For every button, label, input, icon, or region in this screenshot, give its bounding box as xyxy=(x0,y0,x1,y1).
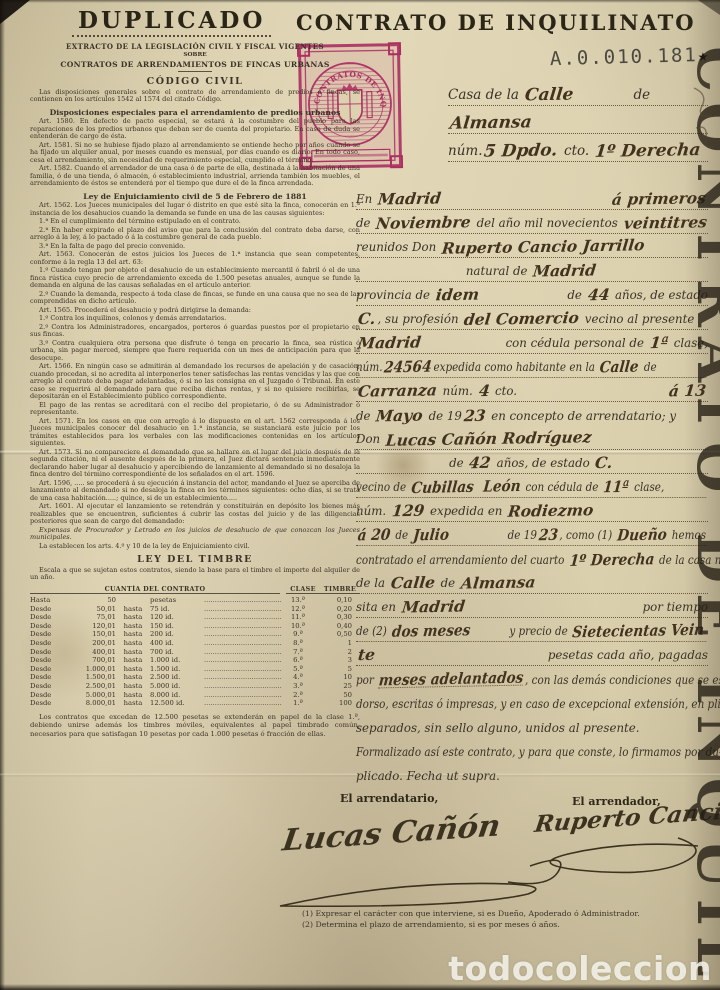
legal-paragraph: 1.º Contra los inquilinos, colonos y dem… xyxy=(30,315,360,323)
column-header-cuantia: CUANTÍA DEL CONTRATO xyxy=(30,585,280,595)
scanned-rental-contract: DUPLICADO CONTRATO DE INQUILINATO A.0.01… xyxy=(0,0,720,990)
printed-text: de xyxy=(392,529,411,542)
table-cell: 50,01 xyxy=(62,605,116,614)
table-cell: 75,01 xyxy=(62,613,116,622)
table-cell: pesetas xyxy=(150,596,204,605)
table-cell-clase: 2.ª xyxy=(282,691,314,700)
table-body: Hasta50pesetas13.ª0,10Desde50,01hasta75 … xyxy=(30,596,360,708)
printed-text: pesetas cada año, pagadas xyxy=(548,649,708,662)
table-cell: hasta xyxy=(116,656,150,665)
table-cell: 5.000 id. xyxy=(150,682,204,691)
table-cell: 120,01 xyxy=(62,622,116,631)
handwritten-text: Julio xyxy=(413,528,450,543)
table-cell: Hasta xyxy=(30,596,62,605)
handwritten-text: á 20 xyxy=(357,528,391,543)
form-line: provincia de idemde 44 años, de estado xyxy=(356,282,708,306)
table-cell-clase: 8.ª xyxy=(282,639,314,648)
dot-leader xyxy=(204,656,282,665)
form-line: núm. 129 expedida en Rodiezmo xyxy=(356,498,708,522)
legal-paragraph: 2.º Contra los Administradores, encargad… xyxy=(30,324,360,339)
handwritten-text: Madrid xyxy=(377,191,442,206)
table-cell: 200,01 xyxy=(62,639,116,648)
handwritten-text: te xyxy=(357,648,376,662)
printed-text: , su profesión xyxy=(377,313,462,326)
table-cell: 700 id. xyxy=(150,648,204,657)
table-cell-timbre: 100 xyxy=(314,699,360,708)
scan-corner-top-right xyxy=(698,0,720,15)
dot-leader xyxy=(204,596,282,605)
duplicado-label: DUPLICADO xyxy=(72,7,271,37)
printed-text: de xyxy=(437,577,459,590)
form-line: á 20 de Juliode 1923, como (1) Dueño hem… xyxy=(356,522,706,546)
printed-text: años, de estado xyxy=(493,457,594,470)
table-row: Desde75,01hasta120 id.11.ª0,30 xyxy=(30,613,360,622)
printed-text: y precio de xyxy=(509,625,571,638)
masthead-line: CONTRATOS DE ARRENDAMIENTOS DE FINCAS UR… xyxy=(30,60,360,69)
handwritten-text: Noviembre xyxy=(375,215,471,231)
legal-paragraph: Las disposiciones generales sobre el con… xyxy=(30,89,360,104)
form-line: vecino de Cubillas León con cédula de 11… xyxy=(356,474,706,498)
legal-paragraph: Art. 1596, ..... se procederá á su ejecu… xyxy=(30,480,360,503)
form-line: Formalizado así este contrato, y para qu… xyxy=(356,738,706,762)
handwritten-text: Ruperto Cancio Jarrillo xyxy=(441,238,645,256)
handwritten-text: 23 xyxy=(538,528,558,542)
table-cell: hasta xyxy=(116,648,150,657)
table-cell: 1.000,01 xyxy=(62,665,116,674)
handwritten-text: C. xyxy=(595,456,614,470)
table-cell xyxy=(116,596,150,605)
dot-leader xyxy=(204,630,282,639)
table-cell: 2.500 id. xyxy=(150,673,204,682)
table-cell-timbre: 3 xyxy=(314,656,360,665)
handwritten-text: Madrid xyxy=(401,599,466,614)
dot-leader xyxy=(204,673,282,682)
table-cell: hasta xyxy=(116,605,150,614)
printed-text: en concepto de arrendatario; y xyxy=(487,410,676,423)
legal-paragraph: Art. 1562. Los Jueces municipales del lu… xyxy=(30,202,360,217)
legal-paragraph: Art. 1582. Cuando el arrendador de una c… xyxy=(30,165,360,188)
scan-edge-top xyxy=(0,0,720,3)
section-heading: Disposiciones especiales para el arrenda… xyxy=(30,109,360,117)
legal-paragraph: Escala a que se sujetan estos contratos,… xyxy=(30,567,360,582)
table-row: Desde120,01hasta150 id.10.ª0,40 xyxy=(30,622,360,631)
table-cell: 400 id. xyxy=(150,639,204,648)
table-cell-clase: 9.ª xyxy=(282,630,314,639)
footnote-line: (1) Expresar el carácter con que intervi… xyxy=(302,908,716,919)
table-row: Desde8.000,01hasta12.500 id.1.ª100 xyxy=(30,699,360,708)
masthead-line: EXTRACTO DE LA LEGISLACIÓN CIVIL Y FISCA… xyxy=(30,42,360,51)
table-cell-clase: 5.ª xyxy=(282,665,314,674)
table-cell-clase: 7.ª xyxy=(282,648,314,657)
form-line: núm.24564expedida como habitante en la C… xyxy=(356,354,706,378)
dot-leader xyxy=(204,622,282,631)
printed-text: del año mil novecientos xyxy=(473,217,622,230)
address-block: Casa de la Calle de Almansanúm.5 Dpdo. c… xyxy=(448,78,708,162)
form-line: de 42 años, de estado C. xyxy=(356,450,708,474)
section-heading: Ley de Enjuiciamiento civil de 5 de Febr… xyxy=(30,193,360,201)
legal-paragraph: La establecen los arts. 4.º y 10 de la l… xyxy=(30,543,360,551)
dot-leader xyxy=(204,613,282,622)
form-line: Madridcon cédula personal de 1ª clase, xyxy=(356,330,708,354)
handwritten-text: Mayo xyxy=(376,409,424,424)
scan-corner-top-left xyxy=(0,0,30,24)
handwritten-text: Carranza xyxy=(357,383,438,398)
printed-text: reunidos Don xyxy=(356,241,440,254)
handwritten-text: C. xyxy=(357,312,376,326)
handwritten-text: 1º Derecha xyxy=(569,552,655,568)
table-cell: hasta xyxy=(116,622,150,631)
printed-text: , como (1) xyxy=(559,529,615,542)
table-cell-clase: 13.ª xyxy=(282,596,314,605)
printed-text: de xyxy=(356,217,374,230)
printed-text: con cédula personal de xyxy=(506,337,648,350)
table-row: Desde200,01hasta400 id.8.ª1 xyxy=(30,639,360,648)
table-cell-timbre: 0,30 xyxy=(314,613,360,622)
printed-text: provincia de xyxy=(356,289,434,302)
form-line: de (2) dos mesesy precio de Sietecientas… xyxy=(356,618,706,642)
table-row: Desde1.500,01hasta2.500 id.4.ª10 xyxy=(30,673,360,682)
table-cell: 50 xyxy=(62,596,116,605)
footnotes: (1) Expresar el carácter con que intervi… xyxy=(302,908,716,930)
legal-paragraph: 2.º Cuando la demanda, respecto á toda c… xyxy=(30,291,360,306)
printed-text: contratado el arrendamiento del cuarto xyxy=(356,554,568,567)
legal-paragraph: 1.ª En el cumplimiento del término estip… xyxy=(30,218,360,226)
printed-text: con cédula de xyxy=(522,481,602,494)
printed-text: de xyxy=(449,457,467,470)
printed-text: por xyxy=(356,674,377,687)
form-line: Almansa xyxy=(448,106,708,134)
legal-extract-column: EXTRACTO DE LA LEGISLACIÓN CIVIL Y FISCA… xyxy=(30,42,360,739)
table-cell: 1.500,01 xyxy=(62,673,116,682)
form-line: natural de Madrid xyxy=(356,258,708,282)
printed-text: de 19 xyxy=(508,529,537,542)
legal-paragraph: Expensas de Procurador y Letrado en los … xyxy=(30,527,360,542)
table-row: Desde5.000,01hasta8.000 id.2.ª50 xyxy=(30,691,360,700)
legal-paragraph: Art. 1566. En ningún caso se admitirán a… xyxy=(30,363,360,401)
dot-leader xyxy=(204,639,282,648)
printed-text: núm. xyxy=(356,505,390,518)
handwritten-text: Rodiezmo xyxy=(507,503,594,518)
printed-text: núm. xyxy=(439,385,477,398)
printed-text: Formalizado así este contrato, y para qu… xyxy=(356,746,720,759)
table-cell: Desde xyxy=(30,665,62,674)
serial-number: A.0.010.181★ xyxy=(550,44,709,70)
table-cell-timbre: 2 xyxy=(314,648,360,657)
form-line: de la Calle de Almansa xyxy=(356,570,708,594)
dot-leader xyxy=(204,691,282,700)
printed-text: sita en xyxy=(356,601,400,614)
handwritten-text: Lucas Cañón Rodríguez xyxy=(385,430,592,448)
table-cell-timbre: 0,40 xyxy=(314,622,360,631)
form-line: contratado el arrendamiento del cuarto 1… xyxy=(356,546,706,570)
handwritten-text: 1ª xyxy=(649,336,669,350)
table-cell: Desde xyxy=(30,673,62,682)
handwritten-text: Almansa xyxy=(449,115,532,130)
table-row: Desde400,01hasta700 id.7.ª2 xyxy=(30,648,360,657)
table-cell-timbre: 25 xyxy=(314,682,360,691)
printed-text: de 19 xyxy=(425,410,462,423)
dot-leader xyxy=(204,665,282,674)
table-cell: Desde xyxy=(30,648,62,657)
printed-text: plicado. Fecha ut supra. xyxy=(356,770,500,783)
footnote-line: (2) Determina el plazo de arrendamiento,… xyxy=(302,919,716,930)
handwritten-text: Cubillas León xyxy=(410,479,521,495)
table-cell-timbre: 0,10 xyxy=(314,596,360,605)
printed-text: expedida en xyxy=(426,505,506,518)
printed-text: núm. xyxy=(356,361,383,374)
table-cell: 8.000,01 xyxy=(62,699,116,708)
table-cell-timbre: 1 xyxy=(314,639,360,648)
table-cell-clase: 6.ª xyxy=(282,656,314,665)
handwritten-text: 5 Dpdo. xyxy=(484,143,559,158)
contract-form-column: Casa de la Calle de Almansanúm.5 Dpdo. c… xyxy=(356,78,708,786)
form-line: reunidos Don Ruperto Cancio Jarrillo xyxy=(356,234,708,258)
form-line: C., su profesión del Comercio vecino al … xyxy=(356,306,708,330)
adjacent-sheet-title: CONTRATO DE INQUILINATO xyxy=(686,46,720,984)
table-cell: 5.000,01 xyxy=(62,691,116,700)
handwritten-text: 23 xyxy=(463,409,486,423)
dot-leader xyxy=(204,648,282,657)
table-cell: 12.500 id. xyxy=(150,699,204,708)
printed-text: En xyxy=(356,193,376,206)
table-cell: hasta xyxy=(116,699,150,708)
printed-text: separados, sin sello alguno, unidos al p… xyxy=(356,722,640,735)
form-line: separados, sin sello alguno, unidos al p… xyxy=(356,714,708,738)
printed-text: de la xyxy=(356,577,389,590)
table-cell: hasta xyxy=(116,630,150,639)
printed-text: de xyxy=(356,410,374,423)
form-line: tepesetas cada año, pagadas xyxy=(356,642,708,666)
table-cell: 1.500 id. xyxy=(150,665,204,674)
table-cell-clase: 1.ª xyxy=(282,699,314,708)
table-cell: 150 id. xyxy=(150,622,204,631)
page-title: CONTRATO DE INQUILINATO xyxy=(296,10,695,35)
table-row: Desde50,01hasta75 id.12.ª0,20 xyxy=(30,605,360,614)
form-line: Casa de la Calle de xyxy=(448,78,708,106)
handwritten-text: 129 xyxy=(391,504,425,519)
form-line: de Mayo de 1923 en concepto de arrendata… xyxy=(356,402,708,426)
handwritten-text: Madrid xyxy=(532,263,597,278)
table-cell: 8.000 id. xyxy=(150,691,204,700)
timbre-table: CUANTÍA DEL CONTRATO CLASE TIMBRE Hasta5… xyxy=(30,585,360,739)
printed-text: dorso, escritas ó impresas, y en caso de… xyxy=(356,698,720,711)
form-line: sita en Madridpor tiempo xyxy=(356,594,708,618)
column-header-clase: CLASE xyxy=(286,585,320,595)
contract-body: En Madridá primerosde Noviembre del año … xyxy=(356,186,708,786)
table-cell: 1.000 id. xyxy=(150,656,204,665)
form-line: de Noviembre del año mil novecientos vei… xyxy=(356,210,708,234)
table-row: Hasta50pesetas13.ª0,10 xyxy=(30,596,360,605)
printed-text: de xyxy=(567,289,585,302)
table-cell: Desde xyxy=(30,691,62,700)
table-cell: Desde xyxy=(30,622,62,631)
table-cell-clase: 3.ª xyxy=(282,682,314,691)
legal-paragraph: Art. 1571. En los casos en que con arreg… xyxy=(30,418,360,448)
table-cell: 200 id. xyxy=(150,630,204,639)
masthead: EXTRACTO DE LA LEGISLACIÓN CIVIL Y FISCA… xyxy=(30,42,360,69)
table-cell-timbre: 0,20 xyxy=(314,605,360,614)
legal-paragraph: Art. 1580. En defecto de pacto especial,… xyxy=(30,118,360,141)
legal-sections: CÓDIGO CIVILLas disposiciones generales … xyxy=(30,78,360,582)
dot-leader xyxy=(204,682,282,691)
printed-text: de (2) xyxy=(356,625,390,638)
table-cell-timbre: 0,50 xyxy=(314,630,360,639)
masthead-line: SOBRE xyxy=(30,51,360,60)
table-cell: hasta xyxy=(116,613,150,622)
table-cell-clase: 12.ª xyxy=(282,605,314,614)
table-row: Desde150,01hasta200 id.9.ª0,50 xyxy=(30,630,360,639)
table-cell: Desde xyxy=(30,630,62,639)
handwritten-text: Calle xyxy=(599,360,639,375)
form-line: En Madridá primeros xyxy=(356,186,708,210)
legal-paragraph: El pago de las rentas se acreditará con … xyxy=(30,402,360,417)
edge-handwriting-fragment xyxy=(690,80,720,160)
table-cell: Desde xyxy=(30,656,62,665)
table-cell-clase: 10.ª xyxy=(282,622,314,631)
handwritten-text: Calle xyxy=(390,576,436,591)
legal-paragraph: 3.ª En la falta de pago del precio conve… xyxy=(30,243,360,251)
section-heading: CÓDIGO CIVIL xyxy=(30,78,360,86)
scan-edge-left xyxy=(0,0,5,990)
table-cell: hasta xyxy=(116,691,150,700)
printed-text: clase, xyxy=(631,481,664,494)
table-cell: hasta xyxy=(116,682,150,691)
table-header: CUANTÍA DEL CONTRATO CLASE TIMBRE xyxy=(30,585,360,595)
form-line: núm.5 Dpdo. cto. 1º Derecha xyxy=(448,134,708,162)
form-line: Don Lucas Cañón Rodríguez xyxy=(356,426,708,450)
printed-text: vecino de xyxy=(356,481,409,494)
handwritten-text: 4 xyxy=(478,384,490,398)
handwritten-text: Calle xyxy=(524,88,574,103)
legal-paragraph: Art. 1601. Al ejecutar el lanzamiento se… xyxy=(30,503,360,526)
table-cell-timbre: 5 xyxy=(314,665,360,674)
printed-text: de xyxy=(629,89,654,102)
form-line: dorso, escritas ó impresas, y en caso de… xyxy=(356,690,706,714)
legal-paragraph: 3.º Contra cualquiera otra persona que d… xyxy=(30,340,360,363)
table-cell: Desde xyxy=(30,605,62,614)
handwritten-text: Dueño xyxy=(617,528,668,543)
handwritten-text: meses adelantados xyxy=(378,671,524,689)
signature-block: El arrendatario, Lucas Cañón El arrendad… xyxy=(280,786,716,926)
table-cell: 75 id. xyxy=(150,605,204,614)
table-cell: Desde xyxy=(30,613,62,622)
legal-paragraph: 2.ª En haber expirado el plazo del aviso… xyxy=(30,227,360,242)
form-line: Carranza núm. 4 cto. á 13 xyxy=(356,378,708,402)
column-header-timbre: TIMBRE xyxy=(320,585,360,595)
section-heading: LEY DEL TIMBRE xyxy=(30,556,360,564)
legal-paragraph: Art. 1565. Procederá el desahucio y podr… xyxy=(30,307,360,315)
table-cell: 700,01 xyxy=(62,656,116,665)
handwritten-text: Madrid xyxy=(357,335,422,350)
handwritten-text: del Comercio xyxy=(463,311,579,327)
dot-leader xyxy=(204,605,282,614)
legal-paragraph: Art. 1563. Conocerán de estos juicios lo… xyxy=(30,251,360,266)
legal-paragraph: 1.º Cuando tengan por objeto el desahuci… xyxy=(30,267,360,290)
printed-text: vecino al presente xyxy=(581,313,694,326)
printed-text: expedida como habitante en la xyxy=(434,361,599,374)
printed-text: núm. xyxy=(448,145,482,158)
printed-text: cto. xyxy=(491,385,521,398)
handwritten-text: 24564 xyxy=(384,360,433,375)
table-cell-timbre: 50 xyxy=(314,691,360,700)
table-footnote: Los contratos que excedan de 12.500 pese… xyxy=(30,713,360,739)
legal-paragraph: Art. 1573. Si no compareciere el demanda… xyxy=(30,449,360,479)
table-row: Desde1.000,01hasta1.500 id.5.ª5 xyxy=(30,665,360,674)
printed-text: Don xyxy=(356,433,384,446)
legal-paragraph: Art. 1581. Si no se hubiese fijado plazo… xyxy=(30,142,360,165)
handwritten-text: dos meses xyxy=(391,623,471,639)
printed-text: Casa de la xyxy=(448,89,523,102)
table-cell: hasta xyxy=(116,639,150,648)
table-cell-timbre: 10 xyxy=(314,673,360,682)
printed-text: cto. xyxy=(560,145,594,158)
printed-text: de xyxy=(641,361,657,374)
handwritten-text: 11ª xyxy=(603,480,630,495)
table-cell: 400,01 xyxy=(62,648,116,657)
table-cell: 2.500,01 xyxy=(62,682,116,691)
handwritten-text: idem xyxy=(435,288,480,303)
table-row: Desde700,01hasta1.000 id.6.ª3 xyxy=(30,656,360,665)
dot-leader xyxy=(204,699,282,708)
table-cell: Desde xyxy=(30,699,62,708)
table-cell: 150,01 xyxy=(62,630,116,639)
handwritten-text: Almansa xyxy=(460,575,536,590)
table-cell: 120 id. xyxy=(150,613,204,622)
table-cell: hasta xyxy=(116,673,150,682)
tenant-label: El arrendatario, xyxy=(340,792,438,805)
form-line: plicado. Fecha ut supra. xyxy=(356,762,708,786)
divider xyxy=(178,71,212,72)
table-cell: Desde xyxy=(30,682,62,691)
watermark: todocoleccion xyxy=(448,949,712,988)
table-cell: hasta xyxy=(116,665,150,674)
handwritten-text: 44 xyxy=(587,288,610,302)
printed-text: natural de xyxy=(466,265,531,278)
table-cell-clase: 11.ª xyxy=(282,613,314,622)
form-line: por meses adelantados, con las demás con… xyxy=(356,666,706,690)
table-cell-clase: 4.ª xyxy=(282,673,314,682)
table-cell: Desde xyxy=(30,639,62,648)
handwritten-text: 42 xyxy=(469,456,492,470)
table-row: Desde2.500,01hasta5.000 id.3.ª25 xyxy=(30,682,360,691)
serial-digits: A.0.010.181 xyxy=(550,44,698,70)
